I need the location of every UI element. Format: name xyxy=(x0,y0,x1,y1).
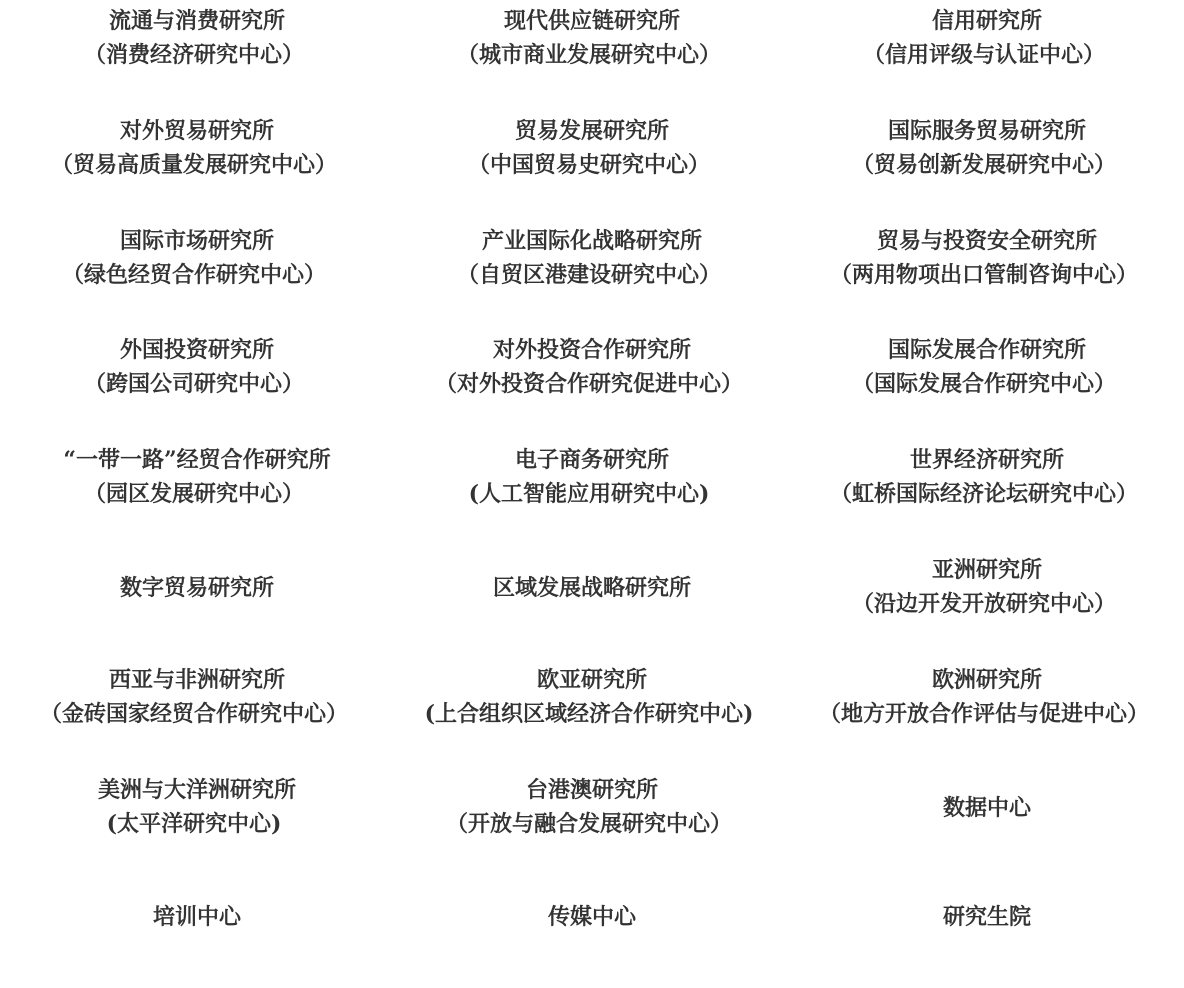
institute-item[interactable]: “一带一路”经贸合作研究所 （园区发展研究中心） xyxy=(0,441,394,551)
institute-name: 台港澳研究所 xyxy=(526,773,658,807)
institute-item[interactable]: 对外投资合作研究所 （对外投资合作研究促进中心） xyxy=(394,331,790,441)
institute-item[interactable]: 欧亚研究所 (上合组织区域经济合作研究中心) xyxy=(394,661,790,771)
institute-subtitle: (人工智能应用研究中心) xyxy=(469,477,710,511)
institute-item[interactable]: 贸易与投资安全研究所 （两用物项出口管制咨询中心） xyxy=(790,222,1184,332)
institute-item[interactable]: 世界经济研究所 （虹桥国际经济论坛研究中心） xyxy=(790,441,1184,551)
institute-subtitle: （两用物项出口管制咨询中心） xyxy=(830,258,1138,292)
institute-item[interactable]: 西亚与非洲研究所 （金砖国家经贸合作研究中心） xyxy=(0,661,394,771)
institute-name: 产业国际化战略研究所 xyxy=(482,224,702,258)
institute-item[interactable]: 贸易发展研究所 （中国贸易史研究中心） xyxy=(394,112,790,222)
institute-name: 国际市场研究所 xyxy=(120,224,274,258)
institute-subtitle: (太平洋研究中心) xyxy=(107,807,282,841)
institute-item[interactable]: 培训中心 xyxy=(0,880,394,988)
institute-subtitle: (上合组织区域经济合作研究中心) xyxy=(425,697,754,731)
institute-subtitle: （沿边开发开放研究中心） xyxy=(852,587,1116,621)
institute-item[interactable]: 欧洲研究所 （地方开放合作评估与促进中心） xyxy=(790,661,1184,771)
institute-name: 亚洲研究所 xyxy=(932,553,1042,587)
institute-subtitle: （开放与融合发展研究中心） xyxy=(446,807,732,841)
institute-item[interactable]: 研究生院 xyxy=(790,880,1184,988)
institute-item[interactable]: 流通与消费研究所 （消费经济研究中心） xyxy=(0,2,394,112)
institute-name: 流通与消费研究所 xyxy=(109,4,285,38)
institute-name: 区域发展战略研究所 xyxy=(493,571,691,605)
institute-subtitle: （城市商业发展研究中心） xyxy=(457,38,721,72)
institute-subtitle: （对外投资合作研究促进中心） xyxy=(435,367,743,401)
institute-subtitle: （贸易创新发展研究中心） xyxy=(852,148,1116,182)
institute-name: 西亚与非洲研究所 xyxy=(109,663,285,697)
institute-name: 电子商务研究所 xyxy=(515,443,669,477)
institute-item[interactable]: 美洲与大洋洲研究所 (太平洋研究中心) xyxy=(0,771,394,881)
institute-subtitle: （地方开放合作评估与促进中心） xyxy=(819,697,1149,731)
institute-item[interactable]: 电子商务研究所 (人工智能应用研究中心) xyxy=(394,441,790,551)
institute-name: 对外贸易研究所 xyxy=(120,114,274,148)
institute-name: 欧亚研究所 xyxy=(537,663,647,697)
institute-item[interactable]: 国际市场研究所 （绿色经贸合作研究中心） xyxy=(0,222,394,332)
institute-name: “一带一路”经贸合作研究所 xyxy=(63,443,330,477)
institute-name: 国际发展合作研究所 xyxy=(888,333,1086,367)
institute-name: 数字贸易研究所 xyxy=(120,571,274,605)
institute-name: 数据中心 xyxy=(943,791,1031,825)
institute-name: 欧洲研究所 xyxy=(932,663,1042,697)
institute-item[interactable]: 国际服务贸易研究所 （贸易创新发展研究中心） xyxy=(790,112,1184,222)
institute-subtitle: （消费经济研究中心） xyxy=(84,38,304,72)
institute-item[interactable]: 传媒中心 xyxy=(394,880,790,988)
institute-name: 对外投资合作研究所 xyxy=(493,333,691,367)
institute-name: 培训中心 xyxy=(153,900,241,934)
institute-subtitle: （金砖国家经贸合作研究中心） xyxy=(40,697,348,731)
institute-item[interactable]: 外国投资研究所 （跨国公司研究中心） xyxy=(0,331,394,441)
institute-name: 贸易发展研究所 xyxy=(515,114,669,148)
institute-name: 信用研究所 xyxy=(932,4,1042,38)
institute-subtitle: （国际发展合作研究中心） xyxy=(852,367,1116,401)
institute-item[interactable]: 数据中心 xyxy=(790,771,1184,881)
institute-name: 传媒中心 xyxy=(548,900,636,934)
institute-subtitle: （虹桥国际经济论坛研究中心） xyxy=(830,477,1138,511)
institute-item[interactable]: 台港澳研究所 （开放与融合发展研究中心） xyxy=(394,771,790,881)
institute-name: 贸易与投资安全研究所 xyxy=(877,224,1097,258)
institute-subtitle: （绿色经贸合作研究中心） xyxy=(62,258,326,292)
institutes-grid: 流通与消费研究所 （消费经济研究中心） 现代供应链研究所 （城市商业发展研究中心… xyxy=(0,2,1184,988)
institute-subtitle: （自贸区港建设研究中心） xyxy=(457,258,721,292)
institute-name: 研究生院 xyxy=(943,900,1031,934)
institute-item[interactable]: 对外贸易研究所 （贸易高质量发展研究中心） xyxy=(0,112,394,222)
institute-item[interactable]: 产业国际化战略研究所 （自贸区港建设研究中心） xyxy=(394,222,790,332)
institute-subtitle: （贸易高质量发展研究中心） xyxy=(51,148,337,182)
institute-item[interactable]: 数字贸易研究所 xyxy=(0,551,394,661)
institute-name: 外国投资研究所 xyxy=(120,333,274,367)
institute-item[interactable]: 信用研究所 （信用评级与认证中心） xyxy=(790,2,1184,112)
institute-item[interactable]: 国际发展合作研究所 （国际发展合作研究中心） xyxy=(790,331,1184,441)
institute-subtitle: （信用评级与认证中心） xyxy=(863,38,1105,72)
institute-name: 美洲与大洋洲研究所 xyxy=(98,773,296,807)
institute-item[interactable]: 亚洲研究所 （沿边开发开放研究中心） xyxy=(790,551,1184,661)
institute-subtitle: （中国贸易史研究中心） xyxy=(468,148,710,182)
institute-name: 世界经济研究所 xyxy=(910,443,1064,477)
institute-name: 国际服务贸易研究所 xyxy=(888,114,1086,148)
institute-item[interactable]: 区域发展战略研究所 xyxy=(394,551,790,661)
institute-item[interactable]: 现代供应链研究所 （城市商业发展研究中心） xyxy=(394,2,790,112)
institute-name: 现代供应链研究所 xyxy=(504,4,680,38)
institute-subtitle: （园区发展研究中心） xyxy=(84,477,304,511)
institute-subtitle: （跨国公司研究中心） xyxy=(84,367,304,401)
